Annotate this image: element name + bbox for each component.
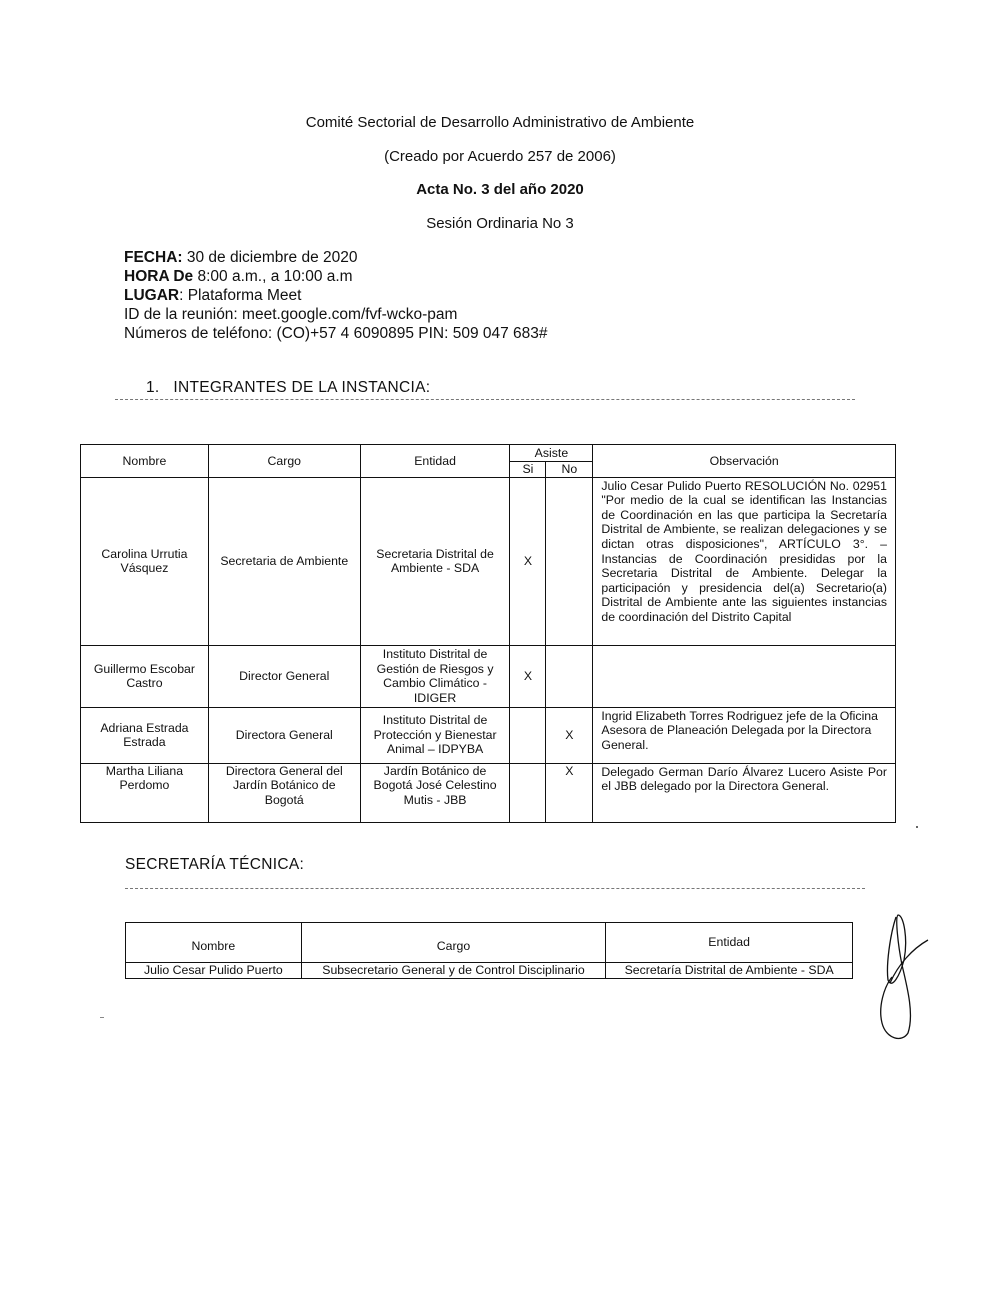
cell-si: X (510, 645, 546, 707)
members-table: Nombre Cargo Entidad Asiste Observación … (80, 444, 896, 823)
cell-entidad: Instituto Distrital de Gestión de Riesgo… (360, 645, 510, 707)
table-row: Martha Liliana Perdomo Directora General… (81, 763, 896, 822)
header-asiste: Asiste (510, 445, 593, 462)
hora-label: HORA De (124, 268, 193, 285)
cell-entidad: Secretaría Distrital de Ambiente - SDA (606, 963, 853, 979)
cell-si (510, 763, 546, 822)
cell-observacion: Delegado German Darío Álvarez Lucero Asi… (593, 763, 896, 822)
cell-cargo: Subsecretario General y de Control Disci… (301, 963, 606, 979)
cell-nombre: Guillermo Escobar Castro (81, 645, 209, 707)
cell-nombre: Julio Cesar Pulido Puerto (126, 963, 302, 979)
cell-cargo: Director General (208, 645, 360, 707)
section-1-divider (115, 399, 855, 400)
acta-title: Acta No. 3 del año 2020 (0, 181, 1000, 198)
header-cargo: Cargo (301, 923, 606, 963)
technical-secretariat-table: Nombre Cargo Entidad Julio Cesar Pulido … (125, 922, 853, 979)
cell-no: X (546, 707, 593, 763)
hora-value: 8:00 a.m., a 10:00 a.m (193, 268, 352, 285)
signature-icon (868, 905, 938, 1045)
lugar-value: : Plataforma Meet (179, 287, 301, 304)
meeting-details: FECHA: 30 de diciembre de 2020 HORA De 8… (124, 248, 548, 343)
scan-mark (916, 826, 918, 828)
cell-entidad: Instituto Distrital de Protección y Bien… (360, 707, 510, 763)
cell-entidad: Jardín Botánico de Bogotá José Celestino… (360, 763, 510, 822)
cell-cargo: Secretaria de Ambiente (208, 477, 360, 645)
cell-si (510, 707, 546, 763)
header-entidad: Entidad (606, 923, 853, 963)
cell-no: X (546, 763, 593, 822)
table-row: Julio Cesar Pulido Puerto Subsecretario … (126, 963, 853, 979)
meeting-id: ID de la reunión: meet.google.com/fvf-wc… (124, 305, 548, 324)
created-by-line: (Creado por Acuerdo 257 de 2006) (0, 148, 1000, 165)
session-title: Sesión Ordinaria No 3 (0, 215, 1000, 232)
cell-observacion (593, 645, 896, 707)
header-no: No (546, 462, 593, 478)
cell-si: X (510, 477, 546, 645)
scan-mark (100, 1017, 104, 1018)
cell-no (546, 645, 593, 707)
cell-observacion: Julio Cesar Pulido Puerto RESOLUCIÓN No.… (593, 477, 896, 645)
cell-cargo: Directora General del Jardín Botánico de… (208, 763, 360, 822)
members-header-row: Nombre Cargo Entidad Asiste Observación (81, 445, 896, 462)
cell-entidad: Secretaria Distrital de Ambiente - SDA (360, 477, 510, 645)
cell-nombre: Martha Liliana Perdomo (81, 763, 209, 822)
committee-title: Comité Sectorial de Desarrollo Administr… (0, 114, 1000, 131)
section-2-title: SECRETARÍA TÉCNICA: (125, 856, 304, 874)
phone-numbers: Números de teléfono: (CO)+57 4 6090895 P… (124, 324, 548, 343)
fecha-value: 30 de diciembre de 2020 (183, 249, 358, 266)
cell-nombre: Adriana Estrada Estrada (81, 707, 209, 763)
section-1-title: 1. INTEGRANTES DE LA INSTANCIA: (146, 379, 430, 397)
cell-observacion: Ingrid Elizabeth Torres Rodriguez jefe d… (593, 707, 896, 763)
fecha-line: FECHA: 30 de diciembre de 2020 (124, 248, 548, 267)
signature (868, 905, 938, 1050)
table-row: Carolina Urrutia Vásquez Secretaria de A… (81, 477, 896, 645)
header-nombre: Nombre (81, 445, 209, 478)
table-row: Guillermo Escobar Castro Director Genera… (81, 645, 896, 707)
cell-cargo: Directora General (208, 707, 360, 763)
cell-no (546, 477, 593, 645)
secretariat-header-row: Nombre Cargo Entidad (126, 923, 853, 963)
hora-line: HORA De 8:00 a.m., a 10:00 a.m (124, 267, 548, 286)
header-cargo: Cargo (208, 445, 360, 478)
header-si: Si (510, 462, 546, 478)
section-2-divider (125, 888, 865, 889)
lugar-line: LUGAR: Plataforma Meet (124, 286, 548, 305)
header-nombre: Nombre (126, 923, 302, 963)
table-row: Adriana Estrada Estrada Directora Genera… (81, 707, 896, 763)
cell-nombre: Carolina Urrutia Vásquez (81, 477, 209, 645)
header-observacion: Observación (593, 445, 896, 478)
lugar-label: LUGAR (124, 287, 179, 304)
header-entidad: Entidad (360, 445, 510, 478)
fecha-label: FECHA: (124, 249, 183, 266)
